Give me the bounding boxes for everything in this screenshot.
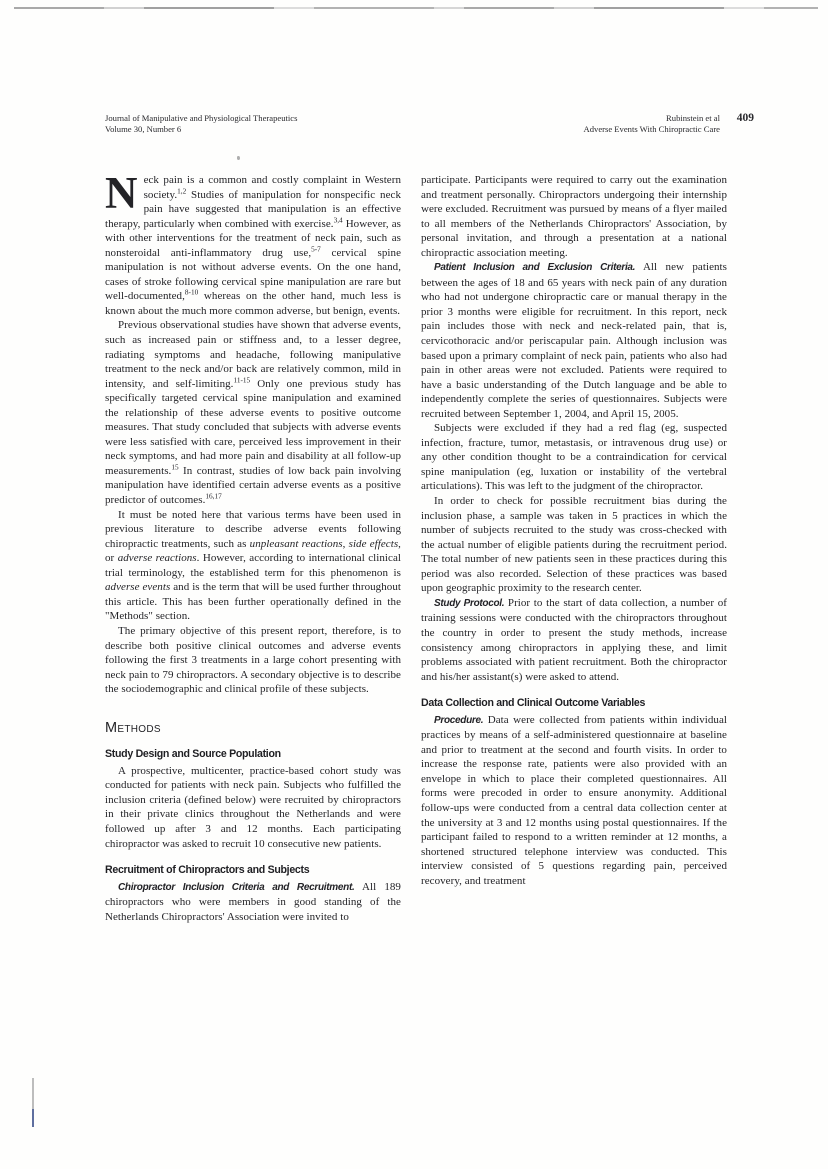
subheading-recruitment: Recruitment of Chiropractors and Subject… bbox=[105, 863, 401, 878]
paragraph-participate-continuation: participate. Participants were required … bbox=[421, 173, 727, 260]
running-head-authors: Rubinstein et al bbox=[584, 113, 720, 124]
pen-mark-artifact bbox=[32, 1078, 34, 1127]
journal-volume: Volume 30, Number 6 bbox=[105, 124, 297, 135]
drop-cap: N bbox=[105, 173, 144, 211]
subheading-data-collection: Data Collection and Clinical Outcome Var… bbox=[421, 696, 727, 711]
paragraph-procedure: Procedure. Data were collected from pati… bbox=[421, 713, 727, 889]
journal-identification: Journal of Manipulative and Physiologica… bbox=[105, 113, 297, 135]
paragraph-intro: Neck pain is a common and costly complai… bbox=[105, 173, 401, 318]
left-column: Neck pain is a common and costly complai… bbox=[105, 173, 401, 924]
paragraph-chiropractor-inclusion: Chiropractor Inclusion Criteria and Recr… bbox=[105, 880, 401, 925]
scanned-journal-page: Journal of Manipulative and Physiologica… bbox=[0, 0, 828, 1169]
running-head-article-title: Adverse Events With Chiropractic Care bbox=[584, 124, 720, 135]
paragraph-terminology: It must be noted here that various terms… bbox=[105, 508, 401, 624]
journal-title: Journal of Manipulative and Physiologica… bbox=[105, 113, 297, 124]
paragraph-objective: The primary objective of this present re… bbox=[105, 624, 401, 697]
pen-mark-gray-segment bbox=[32, 1078, 34, 1109]
paragraph-recruitment-bias-check: In order to check for possible recruitme… bbox=[421, 494, 727, 596]
paragraph-study-protocol: Study Protocol. Prior to the start of da… bbox=[421, 596, 727, 684]
paragraph-patient-inclusion: Patient Inclusion and Exclusion Criteria… bbox=[421, 260, 727, 421]
subheading-study-design: Study Design and Source Population bbox=[105, 747, 401, 762]
scan-edge-line bbox=[14, 7, 818, 9]
paragraph-previous-studies: Previous observational studies have show… bbox=[105, 318, 401, 507]
page-number: 409 bbox=[737, 113, 754, 124]
paragraph-exclusion-red-flags: Subjects were excluded if they had a red… bbox=[421, 421, 727, 494]
paragraph-study-design: A prospective, multicenter, practice-bas… bbox=[105, 764, 401, 851]
section-heading-methods: Methods bbox=[105, 721, 401, 736]
pen-mark-blue-segment bbox=[32, 1109, 34, 1127]
right-column: participate. Participants were required … bbox=[421, 173, 727, 888]
running-head: Rubinstein et al Adverse Events With Chi… bbox=[584, 113, 720, 135]
paragraph-intro-text: eck pain is a common and costly complain… bbox=[105, 174, 401, 317]
scan-noise-speck bbox=[237, 156, 240, 160]
